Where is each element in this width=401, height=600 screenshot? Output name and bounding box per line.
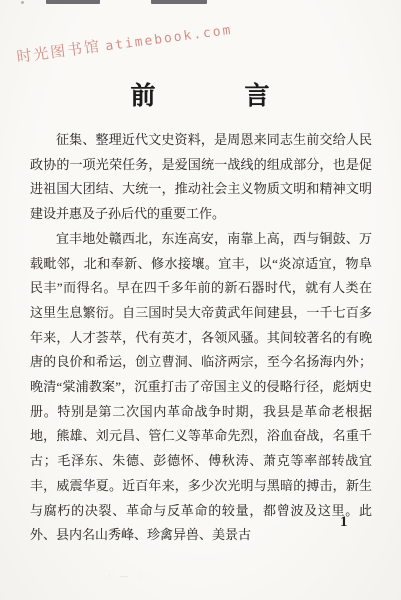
page-title: 前 言 [0,76,401,112]
paragraph: 宜丰地处赣西北，东连高安，南靠上高，西与铜鼓、万载毗邻，北和奉新、修水接壤。宜丰… [30,227,372,548]
scan-cutoff-bar [151,0,207,4]
scan-cutoff-bar [46,0,100,4]
title-char-left: 前 [130,76,156,112]
paragraph: 征集、整理近代文史资料，是周恩来同志生前交给人民政协的一项光荣任务，是爱国统一战… [30,128,372,227]
watermark-cjk-text: 时光图书馆 [16,38,103,66]
site-watermark: 时光图书馆 atimebook.com [15,18,233,67]
scan-speck [21,1,24,4]
watermark-latin-text: atimebook.com [105,23,234,55]
page-number: 1 [340,514,348,531]
scan-smudge: · — · [108,572,143,582]
book-page: 时光图书馆 atimebook.com 前 言 征集、整理近代文史资料，是周恩来… [0,0,401,600]
title-char-right: 言 [245,76,271,112]
preface-body: 征集、整理近代文史资料，是周恩来同志生前交给人民政协的一项光荣任务，是爱国统一战… [30,128,372,548]
